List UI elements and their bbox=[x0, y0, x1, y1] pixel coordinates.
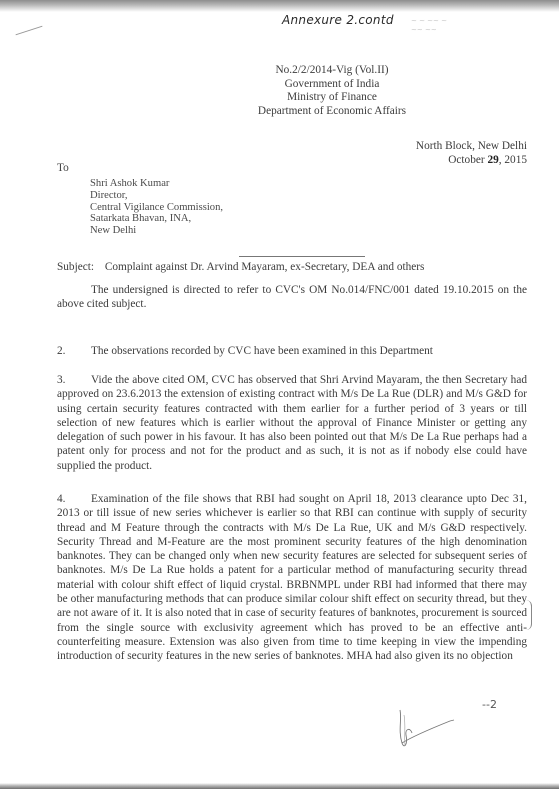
place: North Block, New Delhi bbox=[412, 139, 527, 153]
addressee-designation: Director, bbox=[90, 190, 223, 202]
paragraph-text: The undersigned is directed to refer to … bbox=[57, 284, 527, 310]
addressee-city: New Delhi bbox=[90, 225, 223, 237]
scan-shadow-bottom bbox=[0, 783, 559, 789]
paragraph-4: 4.Examination of the file shows that RBI… bbox=[57, 492, 527, 664]
paragraph-1: The undersigned is directed to refer to … bbox=[57, 283, 527, 312]
org-ministry: Ministry of Finance bbox=[232, 91, 432, 105]
paragraph-3: 3.Vide the above cited OM, CVC has obser… bbox=[57, 373, 527, 473]
subject-line: Subject: Complaint against Dr. Arvind Ma… bbox=[57, 261, 527, 273]
faint-handwritten-note: ~ ~ ~~ ~~~ ~~ bbox=[411, 17, 471, 35]
signature-icon bbox=[390, 705, 480, 755]
letterhead: No.2/2/2014-Vig (Vol.II) Government of I… bbox=[232, 64, 432, 118]
to-label: To bbox=[57, 162, 69, 174]
paragraph-text: The observations recorded by CVC have be… bbox=[91, 345, 433, 357]
paragraph-number: 4. bbox=[57, 492, 91, 506]
page-continuation-marker: --2 bbox=[482, 698, 497, 711]
place-and-date: North Block, New Delhi October 29, 2015 bbox=[412, 139, 527, 167]
date: October 29, 2015 bbox=[412, 153, 527, 167]
subject-label: Subject: bbox=[57, 261, 94, 273]
paragraph-text: Vide the above cited OM, CVC has observe… bbox=[57, 374, 527, 472]
addressee-name: Shri Ashok Kumar bbox=[90, 178, 223, 190]
paragraph-2: 2.The observations recorded by CVC have … bbox=[57, 344, 527, 358]
file-number: No.2/2/2014-Vig (Vol.II) bbox=[232, 64, 432, 78]
scan-mark bbox=[16, 26, 43, 36]
paragraph-number: 2. bbox=[57, 344, 91, 358]
org-department: Department of Economic Affairs bbox=[232, 105, 432, 119]
scan-shadow-top bbox=[0, 0, 559, 12]
date-day: 29 bbox=[487, 154, 498, 166]
date-month: October bbox=[448, 154, 484, 166]
margin-bracket-mark bbox=[525, 600, 532, 630]
paragraph-text: Examination of the file shows that RBI h… bbox=[57, 493, 527, 662]
org-government: Government of India bbox=[232, 78, 432, 92]
subject-text: Complaint against Dr. Arvind Mayaram, ex… bbox=[105, 261, 425, 273]
addressee-block: Shri Ashok Kumar Director, Central Vigil… bbox=[90, 178, 223, 237]
addressee-address: Satarkata Bhavan, INA, bbox=[90, 213, 223, 225]
date-year: , 2015 bbox=[499, 154, 527, 166]
paragraph-number: 3. bbox=[57, 373, 91, 387]
addressee-organisation: Central Vigilance Commission, bbox=[90, 202, 223, 214]
handwritten-annexure-label: Annexure 2.contd bbox=[282, 13, 394, 27]
pen-mark bbox=[239, 256, 365, 257]
